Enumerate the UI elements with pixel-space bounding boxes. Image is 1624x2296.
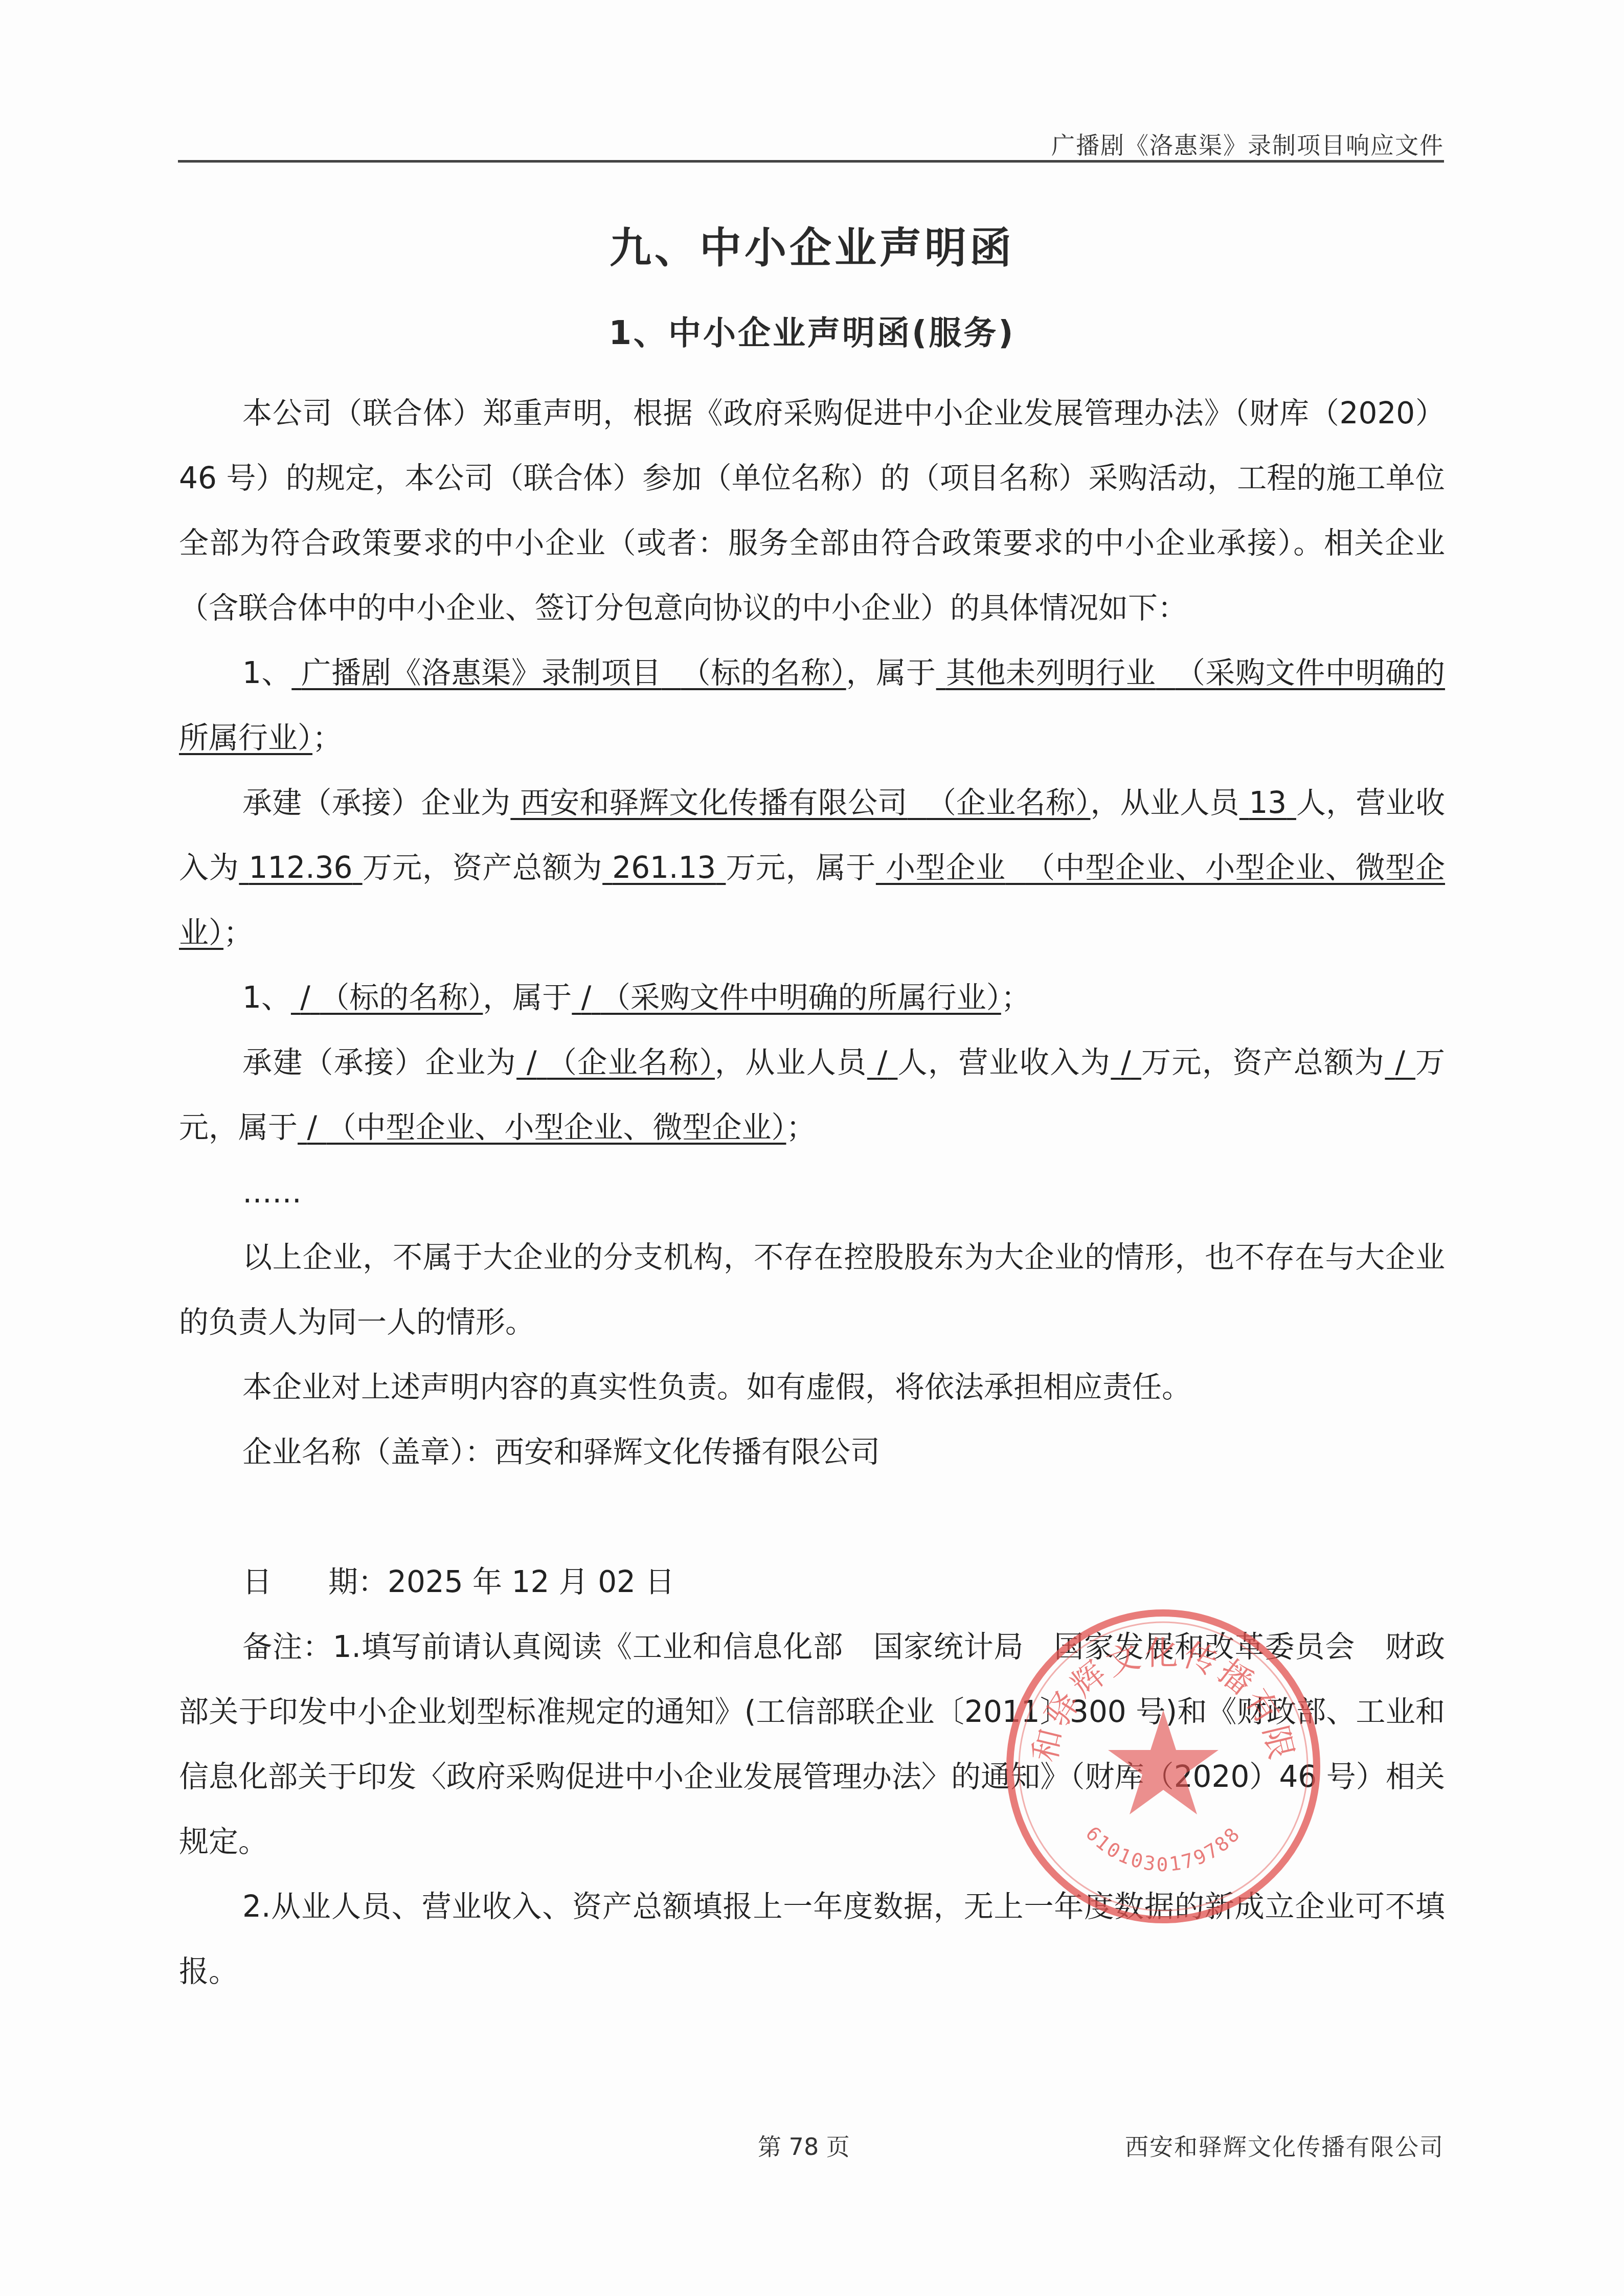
header-divider (178, 160, 1444, 163)
section-subtitle: 1、中小企业声明函(服务) (0, 307, 1624, 354)
entry-2-subject: 1、 / （标的名称），属于 / （采购文件中明确的所属行业）； (179, 965, 1445, 1030)
company-name-field: 西安和驿辉文化传播有限公司 （企业名称） (510, 785, 1090, 820)
intro-paragraph: 本公司（联合体）郑重声明，根据《政府采购促进中小企业发展管理办法》（财库（202… (179, 381, 1445, 641)
statement-truthfulness: 本企业对上述声明内容的真实性负责。如有虚假，将依法承担相应责任。 (179, 1355, 1445, 1420)
signature-line: 企业名称（盖章）：西安和驿辉文化传播有限公司 (179, 1420, 1445, 1485)
revenue-field: 112.36 (239, 850, 362, 885)
entry-2-contractor: 承建（承接）企业为 / （企业名称），从业人员 / 人，营业收入为 / 万元，资… (179, 1030, 1445, 1160)
running-header: 广播剧《洛惠渠》录制项目响应文件 (1051, 127, 1444, 161)
signature-company: 西安和驿辉文化传播有限公司 (494, 1435, 880, 1469)
entry-index: 1、 (242, 655, 291, 690)
staff-count-field: 13 (1239, 785, 1296, 820)
footer-company: 西安和驿辉文化传播有限公司 (1125, 2128, 1444, 2162)
date-line: 日期：2025 年 12 月 02 日 (179, 1550, 1445, 1615)
statement-no-large-enterprise: 以上企业，不属于大企业的分支机构，不存在控股股东为大企业的情形，也不存在与大企业… (179, 1225, 1445, 1355)
entry-index: 1、 (242, 980, 291, 1015)
subject-name-field: 广播剧《洛惠渠》录制项目 （标的名称） (291, 655, 846, 690)
entry-1-subject: 1、 广播剧《洛惠渠》录制项目 （标的名称），属于 其他未列明行业 （采购文件中… (179, 641, 1445, 770)
revenue-field: / (1111, 1045, 1141, 1080)
page-number: 第 78 页 (758, 2128, 850, 2162)
declaration-body: 本公司（联合体）郑重声明，根据《政府采购促进中小企业发展管理办法》（财库（202… (179, 381, 1445, 2004)
spacer (179, 1485, 1445, 1550)
signature-label: 企业名称（盖章）： (242, 1435, 494, 1469)
company-name-field: / （企业名称） (516, 1045, 715, 1080)
assets-field: / (1385, 1045, 1415, 1080)
page-title: 九、中小企业声明函 (0, 215, 1624, 275)
note-1: 备注：1.填写前请认真阅读《工业和信息化部 国家统计局 国家发展和改革委员会 财… (179, 1615, 1445, 1874)
ellipsis: …… (179, 1160, 1445, 1225)
note-2: 2.从业人员、营业收入、资产总额填报上一年度数据，无上一年度数据的新成立企业可不… (179, 1874, 1445, 2004)
document-page: 广播剧《洛惠渠》录制项目响应文件 九、中小企业声明函 1、中小企业声明函(服务)… (0, 0, 1624, 2296)
industry-field: / （采购文件中明确的所属行业） (572, 980, 1001, 1015)
date-value: 2025 年 12 月 02 日 (388, 1564, 674, 1599)
assets-field: 261.13 (602, 850, 726, 885)
entry-1-contractor: 承建（承接）企业为 西安和驿辉文化传播有限公司 （企业名称），从业人员 13 人… (179, 770, 1445, 965)
subject-name-field: / （标的名称） (291, 980, 483, 1015)
staff-count-field: / (867, 1045, 898, 1080)
enterprise-size-field: / （中型企业、小型企业、微型企业） (298, 1110, 786, 1145)
